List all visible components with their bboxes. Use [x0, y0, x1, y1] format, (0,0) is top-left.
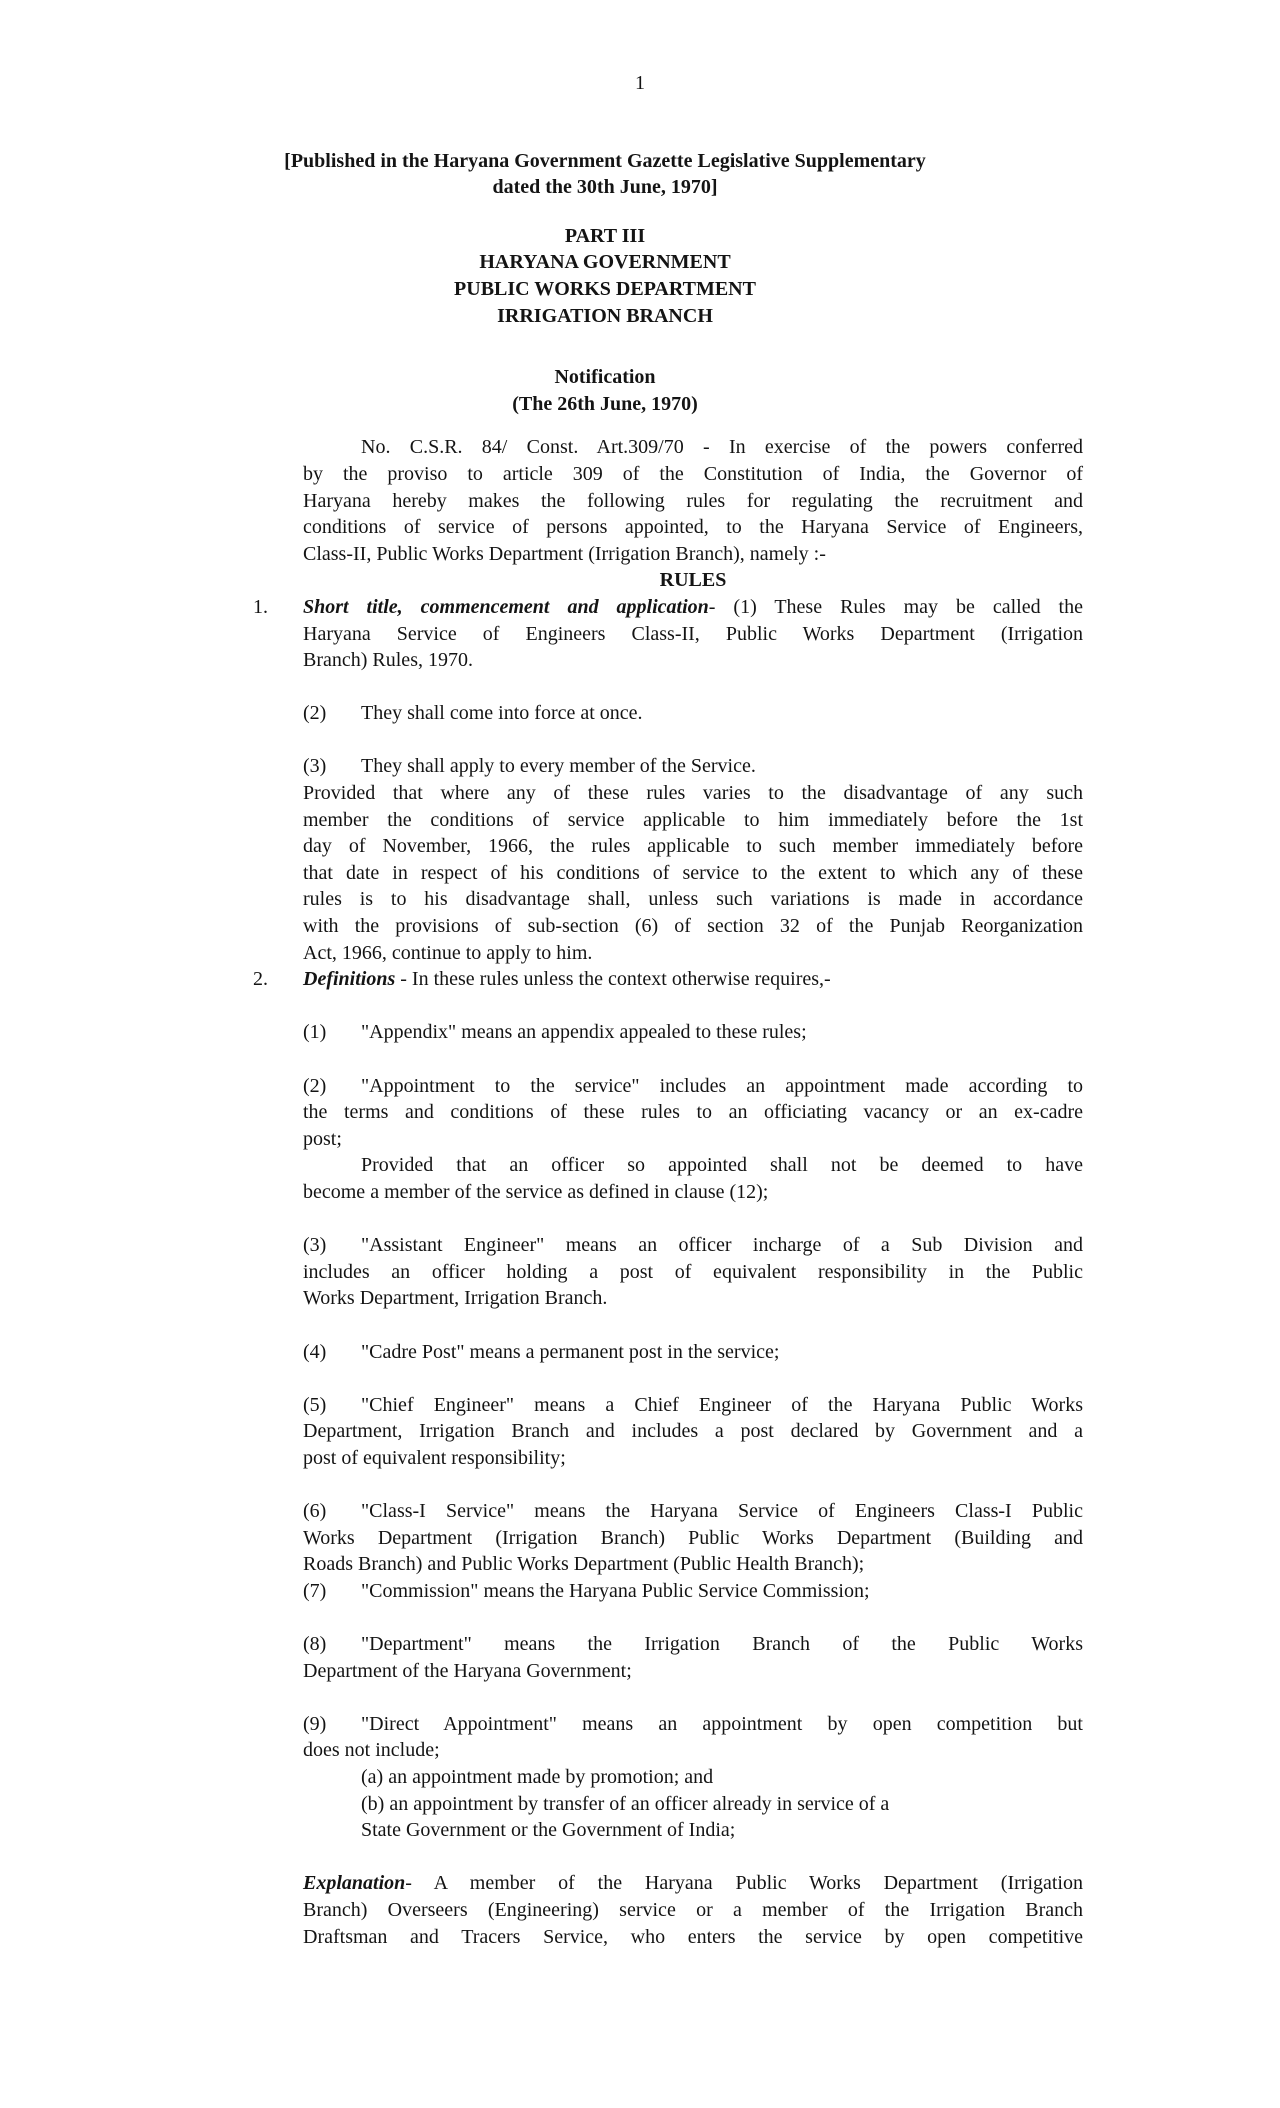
- masthead-part: PART III: [230, 223, 980, 250]
- definition-4: (4)"Cadre Post" means a permanent post i…: [303, 1339, 1083, 1366]
- rule-1-number: 1.: [253, 594, 268, 621]
- definition-line: post of equivalent responsibility;: [303, 1445, 1083, 1472]
- rule-1-title-rest: - (1) These Rules may be called the: [709, 596, 1083, 618]
- preamble-line: Class-II, Public Works Department (Irrig…: [303, 541, 1083, 568]
- definition-5-number: (5): [303, 1392, 361, 1419]
- proviso-line: day of November, 1966, the rules applica…: [303, 833, 1083, 860]
- definition-1-number: (1): [303, 1019, 361, 1046]
- rule-1-proviso: Provided that where any of these rules v…: [303, 780, 1083, 966]
- proviso-line: Provided that where any of these rules v…: [303, 780, 1083, 807]
- definition-6: (6)"Class-I Service" means the Haryana S…: [303, 1498, 1083, 1578]
- definition-2: (2)"Appointment to the service" includes…: [303, 1073, 1083, 1206]
- definition-text: "Commission" means the Haryana Public Se…: [361, 1580, 870, 1602]
- definition-3-number: (3): [303, 1232, 361, 1259]
- rule-1-sub-3-text: They shall apply to every member of the …: [361, 755, 756, 777]
- definition-line: Department of the Haryana Government;: [303, 1658, 1083, 1685]
- definition-line: (7)"Commission" means the Haryana Public…: [303, 1578, 1083, 1605]
- definition-2-proviso-line: Provided that an officer so appointed sh…: [303, 1152, 1083, 1179]
- rule-2-title-rest: - In these rules unless the context othe…: [395, 968, 830, 990]
- definition-text: "Class-I Service" means the Haryana Serv…: [361, 1500, 1083, 1522]
- masthead: PART III HARYANA GOVERNMENT PUBLIC WORKS…: [230, 223, 980, 329]
- definition-8-number: (8): [303, 1631, 361, 1658]
- explanation-label: Explanation: [303, 1872, 405, 1894]
- definition-2-number: (2): [303, 1073, 361, 1100]
- definition-6-number: (6): [303, 1498, 361, 1525]
- notification-heading: Notification (The 26th June, 1970): [230, 364, 980, 417]
- definition-4-number: (4): [303, 1339, 361, 1366]
- explanation-line: Branch) Overseers (Engineering) service …: [303, 1897, 1083, 1924]
- definition-line: (4)"Cadre Post" means a permanent post i…: [303, 1339, 1083, 1366]
- rule-1: 1.Short title, commencement and applicat…: [303, 594, 1083, 966]
- gazette-header: [Published in the Haryana Government Gaz…: [230, 148, 980, 201]
- definition-9-number: (9): [303, 1711, 361, 1738]
- rule-2-number: 2.: [253, 966, 268, 993]
- definition-line: (6)"Class-I Service" means the Haryana S…: [303, 1498, 1083, 1525]
- proviso-line: member the conditions of service applica…: [303, 807, 1083, 834]
- definition-text: "Appendix" means an appendix appealed to…: [361, 1021, 807, 1043]
- definition-text: "Chief Engineer" means a Chief Engineer …: [361, 1394, 1083, 1416]
- definition-line: the terms and conditions of these rules …: [303, 1099, 1083, 1126]
- definition-9: (9)"Direct Appointment" means an appoint…: [303, 1711, 1083, 1844]
- rule-1-sub-2-text: They shall come into force at once.: [361, 702, 643, 724]
- rule-2: 2.Definitions - In these rules unless th…: [303, 966, 1083, 1844]
- rule-1-sub-2-number: (2): [303, 700, 361, 727]
- proviso-line: with the provisions of sub-section (6) o…: [303, 913, 1083, 940]
- rule-1-title: Short title, commencement and applicatio…: [303, 596, 709, 618]
- rule-1-sub-3-number: (3): [303, 753, 361, 780]
- proviso-line: rules is to his disadvantage shall, unle…: [303, 886, 1083, 913]
- proviso-line: that date in respect of his conditions o…: [303, 860, 1083, 887]
- definition-line: Works Department (Irrigation Branch) Pub…: [303, 1525, 1083, 1552]
- gazette-header-line2: dated the 30th June, 1970]: [230, 174, 980, 201]
- definition-line: does not include;: [303, 1737, 1083, 1764]
- notification-title: Notification: [230, 364, 980, 391]
- definition-line: (8)"Department" means the Irrigation Bra…: [303, 1631, 1083, 1658]
- definition-text: "Appointment to the service" includes an…: [361, 1075, 1083, 1097]
- rule-1-line: Branch) Rules, 1970.: [303, 647, 1083, 674]
- rule-2-title: Definitions: [303, 968, 395, 990]
- rule-2-heading-line: 2.Definitions - In these rules unless th…: [303, 966, 1083, 993]
- definition-text: "Assistant Engineer" means an officer in…: [361, 1234, 1083, 1256]
- document-body: No. C.S.R. 84/ Const. Art.309/70 - In ex…: [303, 434, 1083, 1950]
- definition-1: (1)"Appendix" means an appendix appealed…: [303, 1019, 1083, 1046]
- explanation-line: Draftsman and Tracers Service, who enter…: [303, 1924, 1083, 1951]
- notification-date: (The 26th June, 1970): [230, 391, 980, 418]
- preamble-paragraph: No. C.S.R. 84/ Const. Art.309/70 - In ex…: [303, 434, 1083, 567]
- gazette-header-line1: [Published in the Haryana Government Gaz…: [230, 148, 980, 175]
- explanation-line: Explanation- A member of the Haryana Pub…: [303, 1870, 1083, 1897]
- definition-line: Roads Branch) and Public Works Departmen…: [303, 1551, 1083, 1578]
- definition-8: (8)"Department" means the Irrigation Bra…: [303, 1631, 1083, 1684]
- definition-text: "Direct Appointment" means an appointmen…: [361, 1713, 1083, 1735]
- definition-line: (5)"Chief Engineer" means a Chief Engine…: [303, 1392, 1083, 1419]
- explanation-paragraph: Explanation- A member of the Haryana Pub…: [303, 1870, 1083, 1950]
- definition-9-item-b-continued: State Government or the Government of In…: [361, 1817, 1083, 1844]
- masthead-government: HARYANA GOVERNMENT: [230, 249, 980, 276]
- document-page: 1 [Published in the Haryana Government G…: [0, 0, 1280, 2108]
- definition-line: (2)"Appointment to the service" includes…: [303, 1073, 1083, 1100]
- definition-3: (3)"Assistant Engineer" means an officer…: [303, 1232, 1083, 1312]
- rules-heading: RULES: [303, 567, 1083, 594]
- preamble-line: by the proviso to article 309 of the Con…: [303, 461, 1083, 488]
- definition-line: (9)"Direct Appointment" means an appoint…: [303, 1711, 1083, 1738]
- definition-line: (1)"Appendix" means an appendix appealed…: [303, 1019, 1083, 1046]
- definition-line: Works Department, Irrigation Branch.: [303, 1285, 1083, 1312]
- rule-1-sub-2: (2)They shall come into force at once.: [303, 700, 1083, 727]
- definition-5: (5)"Chief Engineer" means a Chief Engine…: [303, 1392, 1083, 1472]
- preamble-line: No. C.S.R. 84/ Const. Art.309/70 - In ex…: [303, 434, 1083, 461]
- explanation-text: - A member of the Haryana Public Works D…: [405, 1872, 1083, 1894]
- rule-1-line: Haryana Service of Engineers Class-II, P…: [303, 621, 1083, 648]
- definition-9-sub-items: (a) an appointment made by promotion; an…: [361, 1764, 1083, 1844]
- definition-line: Department, Irrigation Branch and includ…: [303, 1418, 1083, 1445]
- definition-9-item-a: (a) an appointment made by promotion; an…: [361, 1764, 1083, 1791]
- page-number: 1: [0, 70, 1280, 97]
- rule-1-sub-3: (3)They shall apply to every member of t…: [303, 753, 1083, 780]
- definition-line: post;: [303, 1126, 1083, 1153]
- definition-line: includes an officer holding a post of eq…: [303, 1259, 1083, 1286]
- definition-text: "Department" means the Irrigation Branch…: [361, 1633, 1083, 1655]
- rule-1-heading-line: 1.Short title, commencement and applicat…: [303, 594, 1083, 621]
- definition-line: (3)"Assistant Engineer" means an officer…: [303, 1232, 1083, 1259]
- preamble-line: conditions of service of persons appoint…: [303, 514, 1083, 541]
- preamble-line: Haryana hereby makes the following rules…: [303, 488, 1083, 515]
- definition-9-item-b: (b) an appointment by transfer of an off…: [361, 1791, 1083, 1818]
- definition-2-proviso-line: become a member of the service as define…: [303, 1179, 1083, 1206]
- definition-7: (7)"Commission" means the Haryana Public…: [303, 1578, 1083, 1605]
- proviso-line: Act, 1966, continue to apply to him.: [303, 940, 1083, 967]
- definition-text: "Cadre Post" means a permanent post in t…: [361, 1341, 779, 1363]
- definition-7-number: (7): [303, 1578, 361, 1605]
- masthead-department: PUBLIC WORKS DEPARTMENT: [230, 276, 980, 303]
- masthead-branch: IRRIGATION BRANCH: [230, 303, 980, 330]
